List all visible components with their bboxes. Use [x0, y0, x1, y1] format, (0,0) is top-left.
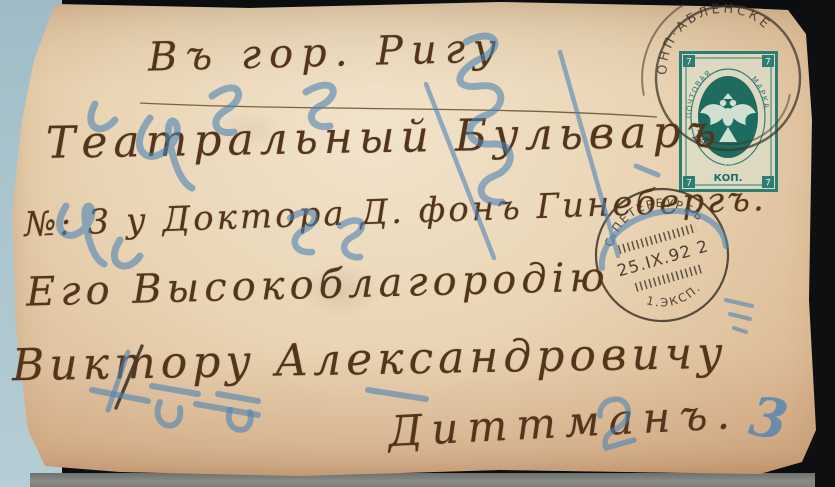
stamp-value-roman: VII: [723, 158, 733, 167]
svg-text:7: 7: [765, 58, 771, 68]
address-line-city: Въ гор. Ригу: [147, 25, 504, 80]
background-bottom-strip: [30, 473, 815, 487]
photo-stage: 7 7 7 7 ПОЧТОВАЯ МАРКА: [0, 0, 835, 487]
svg-text:7: 7: [686, 58, 692, 68]
